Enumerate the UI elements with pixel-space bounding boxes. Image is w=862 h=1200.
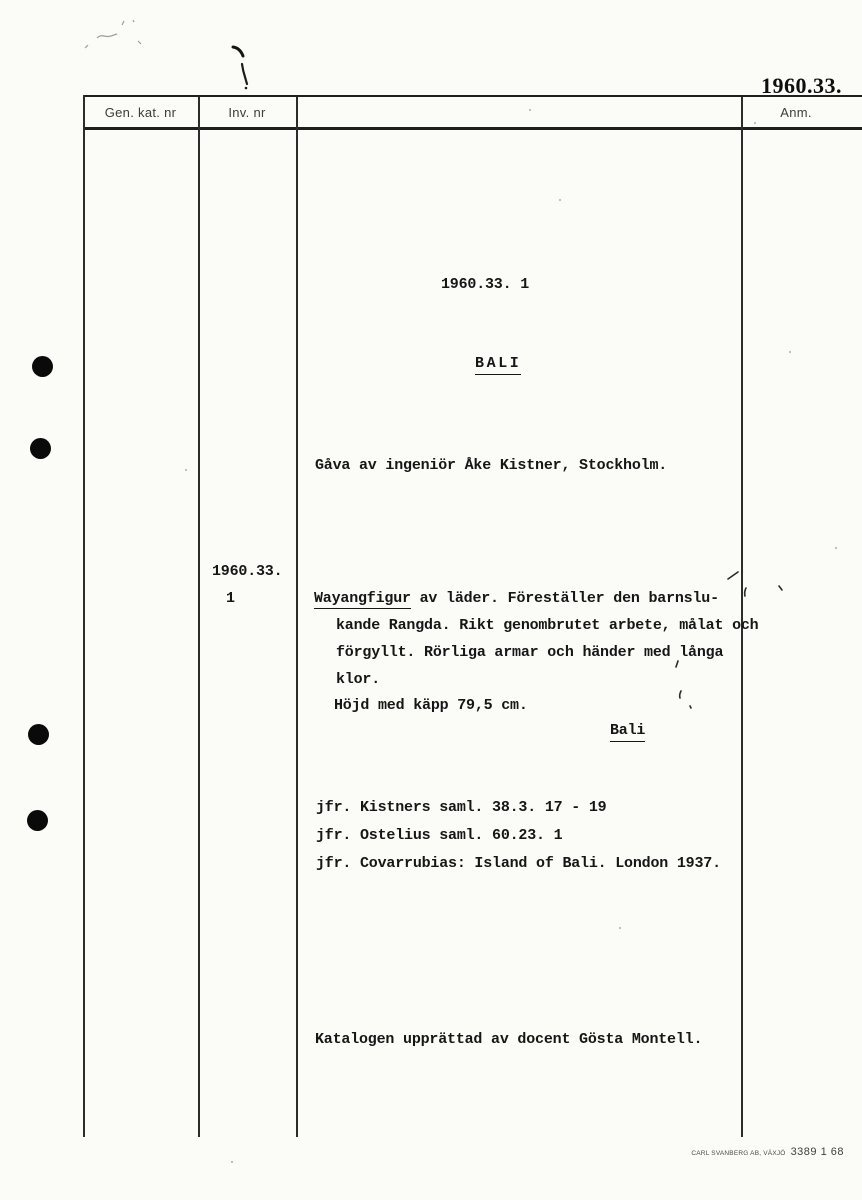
- description-line-2: kande Rangda. Rikt genombrutet arbete, m…: [336, 617, 758, 636]
- reference-line: jfr. Ostelius saml. 60.23. 1: [316, 827, 562, 846]
- paper-specks: [185, 109, 837, 1163]
- place-name: Bali: [610, 722, 645, 742]
- table-column-line-2: [296, 97, 298, 1137]
- inventory-number-line2: 1: [226, 590, 235, 609]
- description-lead-word: Wayangfigur: [314, 590, 411, 609]
- description-line-1: Wayangfigur av läder. Föreställer den ba…: [314, 590, 719, 609]
- corner-reference: 1960.33.: [761, 73, 842, 99]
- header-gen-kat-nr: Gen. kat. nr: [83, 105, 198, 120]
- catalog-page: Gen. kat. nr Inv. nr Anm. 1960.33. 1960.…: [0, 0, 862, 1200]
- table-left-border: [83, 95, 85, 1137]
- printer-imprint-code: 3389 1 68: [791, 1146, 844, 1158]
- description-line-4: klor.: [336, 671, 380, 690]
- pencil-scribble: [85, 20, 141, 48]
- table-column-line-1: [198, 97, 200, 1137]
- pen-mark: [242, 64, 247, 84]
- reference-line: jfr. Kistners saml. 38.3. 17 - 19: [316, 799, 606, 818]
- description-line-1-rest: av läder. Föreställer den barnslu-: [411, 590, 719, 607]
- section-title: BALI: [475, 355, 521, 375]
- reference-line: jfr. Covarrubias: Island of Bali. London…: [316, 855, 721, 874]
- footer-note: Katalogen upprättad av docent Gösta Mont…: [315, 1031, 702, 1050]
- punch-hole: [28, 724, 49, 745]
- description-line-3: förgyllt. Rörliga armar och händer med l…: [336, 644, 723, 663]
- punch-hole: [30, 438, 51, 459]
- printer-imprint-firm: CARL SVANBERG AB, VÄXJÖ: [691, 1150, 785, 1157]
- pen-mark: [245, 87, 248, 90]
- printer-imprint: CARL SVANBERG AB, VÄXJÖ 3389 1 68: [691, 1146, 844, 1158]
- punch-hole: [32, 356, 53, 377]
- pen-mark: [233, 47, 243, 56]
- catalog-number-heading: 1960.33. 1: [441, 276, 529, 295]
- inventory-number-line1: 1960.33.: [212, 563, 282, 582]
- provenance-line: Gåva av ingeniör Åke Kistner, Stockholm.: [315, 457, 667, 476]
- punch-hole: [27, 810, 48, 831]
- header-anm: Anm.: [741, 105, 851, 120]
- header-inv-nr: Inv. nr: [198, 105, 296, 120]
- height-line: Höjd med käpp 79,5 cm.: [334, 697, 528, 716]
